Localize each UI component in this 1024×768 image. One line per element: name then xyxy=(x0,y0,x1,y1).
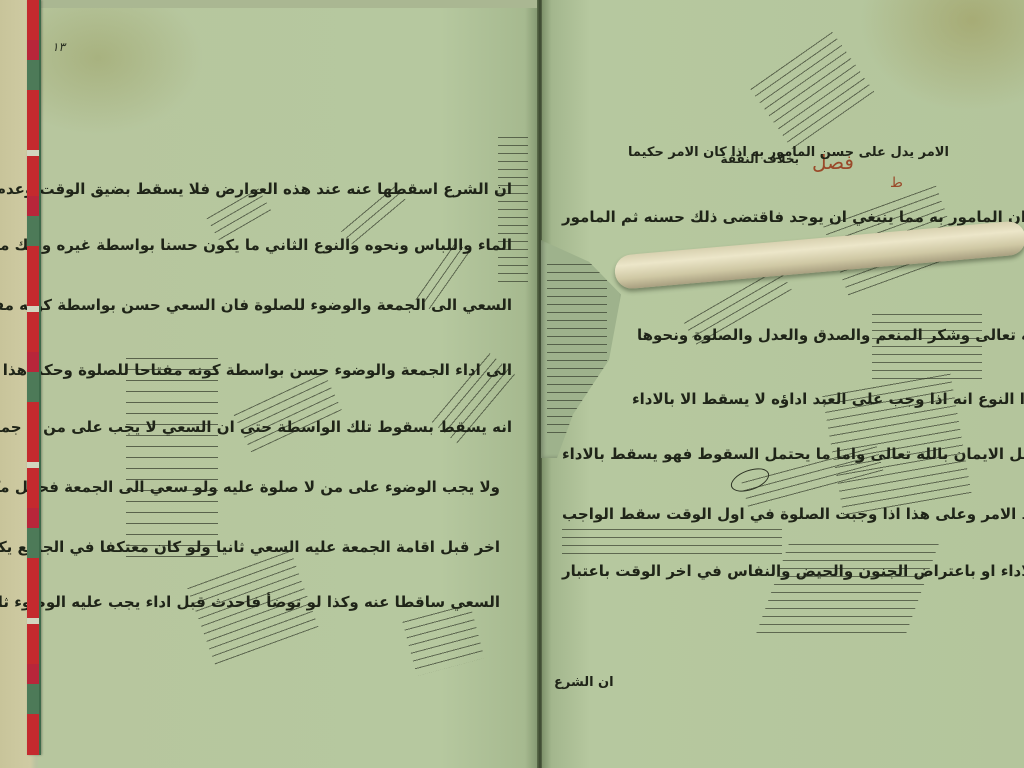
main-text-line: الى اداء الجمعة والوضوء حسن بواسطة كونه … xyxy=(0,361,512,379)
main-text-line: ولا يجب الوضوء على من لا صلوة عليه ولو س… xyxy=(0,478,500,496)
rubric-mark: ط xyxy=(890,175,903,191)
marginal-gloss-right xyxy=(872,310,982,380)
interlinear-gloss xyxy=(498,133,528,283)
book-binding-edge xyxy=(27,0,41,755)
marginal-gloss-top xyxy=(748,29,876,152)
right-page: بخلاف النفقة فصل الامر يدل على حسن المام… xyxy=(542,0,1024,768)
main-text-line: او باسقاط الامر وعلى هذا اذا وجبت الصلوة… xyxy=(562,505,1024,523)
interlinear-gloss xyxy=(401,600,484,676)
interlinear-gloss xyxy=(232,369,344,457)
catchword: ان الشرع xyxy=(554,675,614,690)
main-text-line: اخر قبل اقامة الجمعة عليه السعي ثانيا ول… xyxy=(0,538,500,556)
marginal-gloss-block xyxy=(126,353,218,563)
interlinear-gloss xyxy=(562,525,782,560)
left-page: ١٣ ان الشرع اسقطها عنه عند هذه العوارض ف… xyxy=(38,0,540,768)
marginal-gloss-right xyxy=(822,370,973,521)
main-text-line: الامر يدل على حسن المامور به اذا كان الا… xyxy=(628,145,949,160)
main-text-line: لان الامر لبيان ان المامور به مما ينبغي … xyxy=(562,208,1024,226)
folio-number: ١٣ xyxy=(52,40,65,54)
main-text-line: الماء واللباس ونحوه والنوع الثاني ما يكو… xyxy=(0,236,512,254)
interlinear-gloss xyxy=(186,547,320,669)
